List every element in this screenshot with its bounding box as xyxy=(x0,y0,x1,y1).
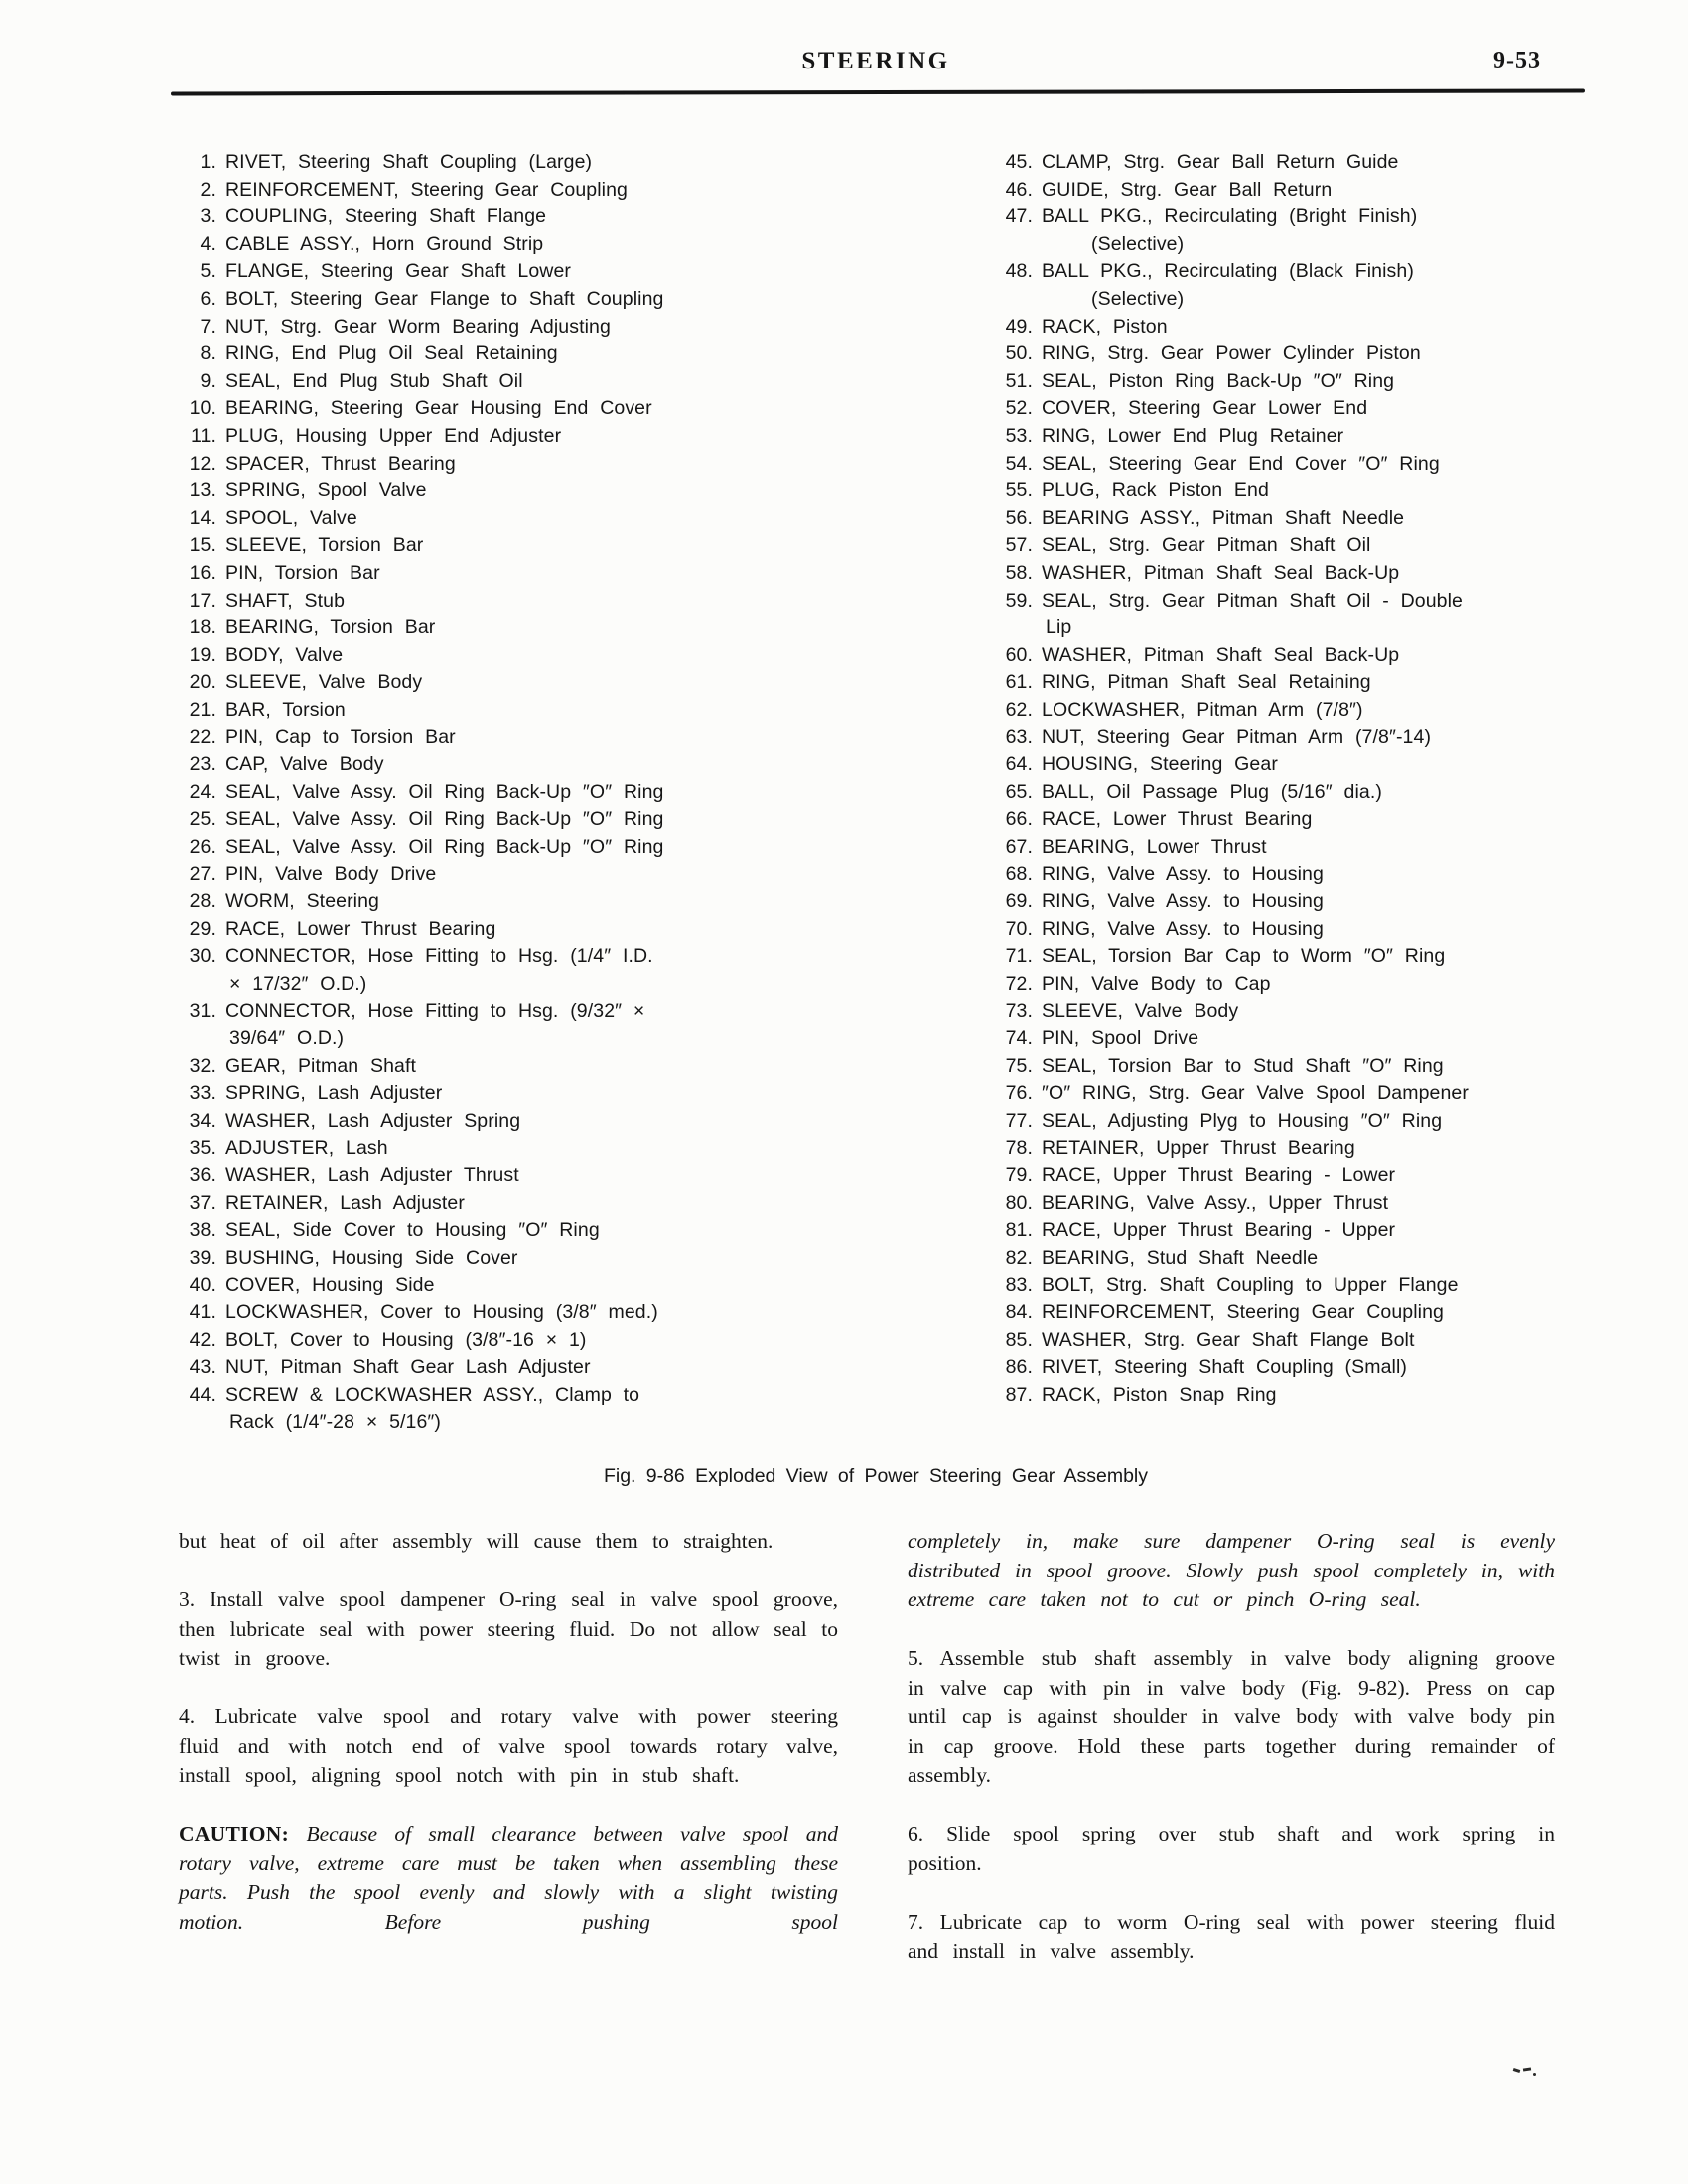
part-line: SEAL, Valve Assy. Oil Ring Back-Up ″O″ R… xyxy=(225,806,872,834)
parts-list-item: 41.LOCKWASHER, Cover to Housing (3/8″ me… xyxy=(177,1299,872,1327)
part-description: RETAINER, Upper Thrust Bearing xyxy=(1042,1135,1628,1162)
part-description: SEAL, Steering Gear End Cover ″O″ Ring xyxy=(1042,451,1628,478)
parts-list-item: 62.LOCKWASHER, Pitman Arm (7/8″) xyxy=(993,697,1628,725)
part-line: NUT, Pitman Shaft Gear Lash Adjuster xyxy=(225,1354,872,1382)
parts-list-item: 17.SHAFT, Stub xyxy=(177,588,872,615)
part-description: RACK, Piston xyxy=(1042,314,1628,341)
parts-list-item: 49.RACK, Piston xyxy=(993,314,1628,341)
parts-list-item: 67.BEARING, Lower Thrust xyxy=(993,834,1628,862)
part-description: PLUG, Rack Piston End xyxy=(1042,478,1628,505)
part-number: 58. xyxy=(993,560,1042,588)
part-description: BEARING, Steering Gear Housing End Cover xyxy=(225,395,872,423)
part-line: WASHER, Pitman Shaft Seal Back-Up xyxy=(1042,560,1628,588)
part-number: 74. xyxy=(993,1025,1042,1053)
part-description: RIVET, Steering Shaft Coupling (Small) xyxy=(1042,1354,1628,1382)
part-line: (Selective) xyxy=(1042,231,1628,259)
part-number: 55. xyxy=(993,478,1042,505)
part-line: WASHER, Strg. Gear Shaft Flange Bolt xyxy=(1042,1327,1628,1355)
part-description: RIVET, Steering Shaft Coupling (Large) xyxy=(225,149,872,177)
part-line: SPACER, Thrust Bearing xyxy=(225,451,872,478)
part-number: 66. xyxy=(993,806,1042,834)
part-line: RING, Valve Assy. to Housing xyxy=(1042,861,1628,888)
parts-list-item: 10.BEARING, Steering Gear Housing End Co… xyxy=(177,395,872,423)
part-number: 54. xyxy=(993,451,1042,478)
part-description: SHAFT, Stub xyxy=(225,588,872,615)
part-line: SEAL, Adjusting Plyg to Housing ″O″ Ring xyxy=(1042,1108,1628,1136)
part-line: Lip xyxy=(1042,614,1628,642)
part-number: 34. xyxy=(177,1108,225,1136)
part-line: BOLT, Steering Gear Flange to Shaft Coup… xyxy=(225,286,872,314)
part-description: RING, Valve Assy. to Housing xyxy=(1042,888,1628,916)
part-description: SEAL, Piston Ring Back-Up ″O″ Ring xyxy=(1042,368,1628,396)
part-number: 43. xyxy=(177,1354,225,1382)
part-description: SEAL, Valve Assy. Oil Ring Back-Up ″O″ R… xyxy=(225,779,872,807)
part-number: 50. xyxy=(993,341,1042,368)
part-description: CAP, Valve Body xyxy=(225,751,872,779)
part-number: 22. xyxy=(177,724,225,751)
parts-list-item: 22.PIN, Cap to Torsion Bar xyxy=(177,724,872,751)
part-description: GEAR, Pitman Shaft xyxy=(225,1053,872,1081)
part-line: SEAL, Torsion Bar to Stud Shaft ″O″ Ring xyxy=(1042,1053,1628,1081)
paragraph: CAUTION: Because of small clearance betw… xyxy=(179,1820,838,1937)
parts-list-item: 55.PLUG, Rack Piston End xyxy=(993,478,1628,505)
parts-list-item: 32.GEAR, Pitman Shaft xyxy=(177,1053,872,1081)
parts-list-item: 86.RIVET, Steering Shaft Coupling (Small… xyxy=(993,1354,1628,1382)
part-description: FLANGE, Steering Gear Shaft Lower xyxy=(225,258,872,286)
part-line: CONNECTOR, Hose Fitting to Hsg. (1/4″ I.… xyxy=(225,943,872,971)
part-line: CABLE ASSY., Horn Ground Strip xyxy=(225,231,872,259)
part-line: PLUG, Housing Upper End Adjuster xyxy=(225,423,872,451)
part-number: 39. xyxy=(177,1245,225,1273)
parts-list-item: 73.SLEEVE, Valve Body xyxy=(993,998,1628,1025)
part-line: RING, Lower End Plug Retainer xyxy=(1042,423,1628,451)
paragraph: 3. Install valve spool dampener O-ring s… xyxy=(179,1585,838,1674)
part-description: LOCKWASHER, Pitman Arm (7/8″) xyxy=(1042,697,1628,725)
part-description: WASHER, Strg. Gear Shaft Flange Bolt xyxy=(1042,1327,1628,1355)
part-line: RETAINER, Lash Adjuster xyxy=(225,1190,872,1218)
part-line: SEAL, End Plug Stub Shaft Oil xyxy=(225,368,872,396)
parts-list-item: 61.RING, Pitman Shaft Seal Retaining xyxy=(993,669,1628,697)
part-description: RING, Valve Assy. to Housing xyxy=(1042,861,1628,888)
part-line: BEARING, Steering Gear Housing End Cover xyxy=(225,395,872,423)
part-number: 14. xyxy=(177,505,225,533)
part-number: 8. xyxy=(177,341,225,368)
part-line: RING, Strg. Gear Power Cylinder Piston xyxy=(1042,341,1628,368)
part-line: (Selective) xyxy=(1042,286,1628,314)
part-description: REINFORCEMENT, Steering Gear Coupling xyxy=(225,177,872,205)
part-line: HOUSING, Steering Gear xyxy=(1042,751,1628,779)
parts-list-item: 18.BEARING, Torsion Bar xyxy=(177,614,872,642)
part-number: 6. xyxy=(177,286,225,314)
part-line: ADJUSTER, Lash xyxy=(225,1135,872,1162)
part-line: SPOOL, Valve xyxy=(225,505,872,533)
part-description: RING, Lower End Plug Retainer xyxy=(1042,423,1628,451)
part-number: 26. xyxy=(177,834,225,862)
part-number: 67. xyxy=(993,834,1042,862)
header-rule xyxy=(171,89,1585,96)
part-line: BALL, Oil Passage Plug (5/16″ dia.) xyxy=(1042,779,1628,807)
part-number: 45. xyxy=(993,149,1042,177)
part-description: WASHER, Pitman Shaft Seal Back-Up xyxy=(1042,560,1628,588)
part-number: 71. xyxy=(993,943,1042,971)
part-number: 59. xyxy=(993,588,1042,642)
parts-list-item: 35.ADJUSTER, Lash xyxy=(177,1135,872,1162)
part-number: 48. xyxy=(993,258,1042,313)
part-line: PIN, Spool Drive xyxy=(1042,1025,1628,1053)
part-description: WASHER, Pitman Shaft Seal Back-Up xyxy=(1042,642,1628,670)
paragraph-text: 7. Lubricate cap to worm O-ring seal wit… xyxy=(908,1910,1555,1964)
part-number: 13. xyxy=(177,478,225,505)
part-description: ADJUSTER, Lash xyxy=(225,1135,872,1162)
section-title: STEERING xyxy=(181,48,1571,75)
part-number: 83. xyxy=(993,1272,1042,1299)
part-line: RING, Valve Assy. to Housing xyxy=(1042,916,1628,944)
part-description: SEAL, Adjusting Plyg to Housing ″O″ Ring xyxy=(1042,1108,1628,1136)
part-number: 42. xyxy=(177,1327,225,1355)
part-description: WASHER, Lash Adjuster Spring xyxy=(225,1108,872,1136)
parts-list-item: 84.REINFORCEMENT, Steering Gear Coupling xyxy=(993,1299,1628,1327)
parts-list-item: 25.SEAL, Valve Assy. Oil Ring Back-Up ″O… xyxy=(177,806,872,834)
part-description: RING, End Plug Oil Seal Retaining xyxy=(225,341,872,368)
part-line: BEARING, Stud Shaft Needle xyxy=(1042,1245,1628,1273)
parts-list-item: 3.COUPLING, Steering Shaft Flange xyxy=(177,204,872,231)
part-description: PIN, Spool Drive xyxy=(1042,1025,1628,1053)
part-line: SEAL, Steering Gear End Cover ″O″ Ring xyxy=(1042,451,1628,478)
parts-list-item: 56.BEARING ASSY., Pitman Shaft Needle xyxy=(993,505,1628,533)
part-description: COUPLING, Steering Shaft Flange xyxy=(225,204,872,231)
part-number: 85. xyxy=(993,1327,1042,1355)
part-line: LOCKWASHER, Pitman Arm (7/8″) xyxy=(1042,697,1628,725)
parts-list-item: 68.RING, Valve Assy. to Housing xyxy=(993,861,1628,888)
parts-list-item: 76.″O″ RING, Strg. Gear Valve Spool Damp… xyxy=(993,1080,1628,1108)
part-line: BEARING, Torsion Bar xyxy=(225,614,872,642)
parts-list-item: 28.WORM, Steering xyxy=(177,888,872,916)
part-description: BEARING, Lower Thrust xyxy=(1042,834,1628,862)
part-description: BALL, Oil Passage Plug (5/16″ dia.) xyxy=(1042,779,1628,807)
part-line: RACE, Upper Thrust Bearing - Upper xyxy=(1042,1217,1628,1245)
part-description: SPOOL, Valve xyxy=(225,505,872,533)
part-number: 63. xyxy=(993,724,1042,751)
part-line: SPRING, Lash Adjuster xyxy=(225,1080,872,1108)
page-number: 9-53 xyxy=(1493,48,1541,74)
paragraph-text: 4. Lubricate valve spool and rotary valv… xyxy=(179,1705,838,1787)
parts-list-item: 50.RING, Strg. Gear Power Cylinder Pisto… xyxy=(993,341,1628,368)
parts-list-item: 20.SLEEVE, Valve Body xyxy=(177,669,872,697)
caution-label: CAUTION: xyxy=(179,1822,289,1845)
part-number: 61. xyxy=(993,669,1042,697)
part-number: 62. xyxy=(993,697,1042,725)
parts-list-item: 48.BALL PKG., Recirculating (Black Finis… xyxy=(993,258,1628,313)
parts-list-item: 75.SEAL, Torsion Bar to Stud Shaft ″O″ R… xyxy=(993,1053,1628,1081)
part-number: 77. xyxy=(993,1108,1042,1136)
part-number: 5. xyxy=(177,258,225,286)
paragraph-text: 5. Assemble stub shaft assembly in valve… xyxy=(908,1646,1555,1787)
parts-list-item: 34.WASHER, Lash Adjuster Spring xyxy=(177,1108,872,1136)
parts-list-item: 53.RING, Lower End Plug Retainer xyxy=(993,423,1628,451)
part-description: NUT, Strg. Gear Worm Bearing Adjusting xyxy=(225,314,872,341)
part-line: FLANGE, Steering Gear Shaft Lower xyxy=(225,258,872,286)
part-description: BUSHING, Housing Side Cover xyxy=(225,1245,872,1273)
part-line: SEAL, Piston Ring Back-Up ″O″ Ring xyxy=(1042,368,1628,396)
part-line: REINFORCEMENT, Steering Gear Coupling xyxy=(225,177,872,205)
part-description: SLEEVE, Valve Body xyxy=(225,669,872,697)
part-line: RING, End Plug Oil Seal Retaining xyxy=(225,341,872,368)
parts-list-item: 71.SEAL, Torsion Bar Cap to Worm ″O″ Rin… xyxy=(993,943,1628,971)
part-line: SCREW & LOCKWASHER ASSY., Clamp to xyxy=(225,1382,872,1410)
parts-list-item: 26.SEAL, Valve Assy. Oil Ring Back-Up ″O… xyxy=(177,834,872,862)
part-description: RACE, Lower Thrust Bearing xyxy=(225,916,872,944)
parts-list-item: 6.BOLT, Steering Gear Flange to Shaft Co… xyxy=(177,286,872,314)
part-number: 20. xyxy=(177,669,225,697)
parts-list-item: 4.CABLE ASSY., Horn Ground Strip xyxy=(177,231,872,259)
part-description: WASHER, Lash Adjuster Thrust xyxy=(225,1162,872,1190)
part-number: 23. xyxy=(177,751,225,779)
part-description: SEAL, Torsion Bar to Stud Shaft ″O″ Ring xyxy=(1042,1053,1628,1081)
parts-list-item: 79.RACE, Upper Thrust Bearing - Lower xyxy=(993,1162,1628,1190)
parts-list-item: 44.SCREW & LOCKWASHER ASSY., Clamp toRac… xyxy=(177,1382,872,1436)
part-line: RACK, Piston xyxy=(1042,314,1628,341)
parts-list-item: 11.PLUG, Housing Upper End Adjuster xyxy=(177,423,872,451)
parts-list-item: 5.FLANGE, Steering Gear Shaft Lower xyxy=(177,258,872,286)
part-line: LOCKWASHER, Cover to Housing (3/8″ med.) xyxy=(225,1299,872,1327)
parts-list-item: 43.NUT, Pitman Shaft Gear Lash Adjuster xyxy=(177,1354,872,1382)
part-description: SEAL, Strg. Gear Pitman Shaft Oil xyxy=(1042,532,1628,560)
parts-list-item: 39.BUSHING, Housing Side Cover xyxy=(177,1245,872,1273)
paragraph: completely in, make sure dampener O-ring… xyxy=(908,1527,1555,1615)
parts-list-item: 80.BEARING, Valve Assy., Upper Thrust xyxy=(993,1190,1628,1218)
part-number: 25. xyxy=(177,806,225,834)
parts-list-item: 27.PIN, Valve Body Drive xyxy=(177,861,872,888)
part-line: SHAFT, Stub xyxy=(225,588,872,615)
part-line: RIVET, Steering Shaft Coupling (Large) xyxy=(225,149,872,177)
parts-list-item: 46.GUIDE, Strg. Gear Ball Return xyxy=(993,177,1628,205)
part-line: PIN, Torsion Bar xyxy=(225,560,872,588)
part-description: RETAINER, Lash Adjuster xyxy=(225,1190,872,1218)
part-line: SEAL, Strg. Gear Pitman Shaft Oil - Doub… xyxy=(1042,588,1628,615)
part-number: 78. xyxy=(993,1135,1042,1162)
part-line: BODY, Valve xyxy=(225,642,872,670)
parts-list-item: 65.BALL, Oil Passage Plug (5/16″ dia.) xyxy=(993,779,1628,807)
part-line: NUT, Strg. Gear Worm Bearing Adjusting xyxy=(225,314,872,341)
part-number: 10. xyxy=(177,395,225,423)
parts-list-item: 60.WASHER, Pitman Shaft Seal Back-Up xyxy=(993,642,1628,670)
body-text-left-column: but heat of oil after assembly will caus… xyxy=(179,1527,838,1967)
part-description: ″O″ RING, Strg. Gear Valve Spool Dampene… xyxy=(1042,1080,1628,1108)
part-number: 18. xyxy=(177,614,225,642)
part-line: CAP, Valve Body xyxy=(225,751,872,779)
part-description: BEARING, Valve Assy., Upper Thrust xyxy=(1042,1190,1628,1218)
part-description: BOLT, Cover to Housing (3/8″-16 × 1) xyxy=(225,1327,872,1355)
part-description: SEAL, Valve Assy. Oil Ring Back-Up ″O″ R… xyxy=(225,806,872,834)
part-description: REINFORCEMENT, Steering Gear Coupling xyxy=(1042,1299,1628,1327)
part-number: 21. xyxy=(177,697,225,725)
part-line: RING, Valve Assy. to Housing xyxy=(1042,888,1628,916)
parts-list-item: 74.PIN, Spool Drive xyxy=(993,1025,1628,1053)
ink-speck xyxy=(1511,2065,1539,2081)
part-description: BODY, Valve xyxy=(225,642,872,670)
part-line: SEAL, Strg. Gear Pitman Shaft Oil xyxy=(1042,532,1628,560)
part-line: ″O″ RING, Strg. Gear Valve Spool Dampene… xyxy=(1042,1080,1628,1108)
parts-list-item: 78.RETAINER, Upper Thrust Bearing xyxy=(993,1135,1628,1162)
part-line: SEAL, Torsion Bar Cap to Worm ″O″ Ring xyxy=(1042,943,1628,971)
part-number: 82. xyxy=(993,1245,1042,1273)
parts-list-item: 54.SEAL, Steering Gear End Cover ″O″ Rin… xyxy=(993,451,1628,478)
part-description: LOCKWASHER, Cover to Housing (3/8″ med.) xyxy=(225,1299,872,1327)
parts-list-item: 77.SEAL, Adjusting Plyg to Housing ″O″ R… xyxy=(993,1108,1628,1136)
part-number: 72. xyxy=(993,971,1042,999)
parts-list-item: 1.RIVET, Steering Shaft Coupling (Large) xyxy=(177,149,872,177)
part-description: BOLT, Steering Gear Flange to Shaft Coup… xyxy=(225,286,872,314)
parts-list-item: 16.PIN, Torsion Bar xyxy=(177,560,872,588)
part-description: RACE, Upper Thrust Bearing - Lower xyxy=(1042,1162,1628,1190)
part-line: SLEEVE, Torsion Bar xyxy=(225,532,872,560)
part-number: 38. xyxy=(177,1217,225,1245)
part-number: 84. xyxy=(993,1299,1042,1327)
part-description: SEAL, Valve Assy. Oil Ring Back-Up ″O″ R… xyxy=(225,834,872,862)
parts-list-item: 63.NUT, Steering Gear Pitman Arm (7/8″-1… xyxy=(993,724,1628,751)
part-line: GUIDE, Strg. Gear Ball Return xyxy=(1042,177,1628,205)
part-description: PIN, Valve Body to Cap xyxy=(1042,971,1628,999)
part-description: GUIDE, Strg. Gear Ball Return xyxy=(1042,177,1628,205)
part-number: 86. xyxy=(993,1354,1042,1382)
part-line: GEAR, Pitman Shaft xyxy=(225,1053,872,1081)
part-description: BAR, Torsion xyxy=(225,697,872,725)
part-number: 41. xyxy=(177,1299,225,1327)
part-number: 32. xyxy=(177,1053,225,1081)
part-line: COUPLING, Steering Shaft Flange xyxy=(225,204,872,231)
parts-list-item: 12.SPACER, Thrust Bearing xyxy=(177,451,872,478)
paragraph: 6. Slide spool spring over stub shaft an… xyxy=(908,1820,1555,1878)
part-line: BEARING, Valve Assy., Upper Thrust xyxy=(1042,1190,1628,1218)
part-number: 68. xyxy=(993,861,1042,888)
part-number: 81. xyxy=(993,1217,1042,1245)
parts-list-item: 24.SEAL, Valve Assy. Oil Ring Back-Up ″O… xyxy=(177,779,872,807)
part-description: SPACER, Thrust Bearing xyxy=(225,451,872,478)
paragraph: 4. Lubricate valve spool and rotary valv… xyxy=(179,1703,838,1791)
parts-list-item: 70.RING, Valve Assy. to Housing xyxy=(993,916,1628,944)
part-number: 2. xyxy=(177,177,225,205)
paragraph: 7. Lubricate cap to worm O-ring seal wit… xyxy=(908,1908,1555,1967)
parts-list-item: 42.BOLT, Cover to Housing (3/8″-16 × 1) xyxy=(177,1327,872,1355)
part-description: SPRING, Lash Adjuster xyxy=(225,1080,872,1108)
part-line: RACK, Piston Snap Ring xyxy=(1042,1382,1628,1410)
part-description: COVER, Housing Side xyxy=(225,1272,872,1299)
part-number: 76. xyxy=(993,1080,1042,1108)
part-line: SLEEVE, Valve Body xyxy=(225,669,872,697)
parts-list-item: 66.RACE, Lower Thrust Bearing xyxy=(993,806,1628,834)
part-line: SLEEVE, Valve Body xyxy=(1042,998,1628,1025)
part-number: 44. xyxy=(177,1382,225,1436)
part-line: BEARING, Lower Thrust xyxy=(1042,834,1628,862)
parts-list-item: 36.WASHER, Lash Adjuster Thrust xyxy=(177,1162,872,1190)
paragraph: 5. Assemble stub shaft assembly in valve… xyxy=(908,1644,1555,1791)
part-line: CONNECTOR, Hose Fitting to Hsg. (9/32″ × xyxy=(225,998,872,1025)
part-line: BEARING ASSY., Pitman Shaft Needle xyxy=(1042,505,1628,533)
part-line: SEAL, Valve Assy. Oil Ring Back-Up ″O″ R… xyxy=(225,779,872,807)
part-number: 37. xyxy=(177,1190,225,1218)
part-description: BALL PKG., Recirculating (Black Finish)(… xyxy=(1042,258,1628,313)
parts-list-item: 69.RING, Valve Assy. to Housing xyxy=(993,888,1628,916)
part-line: RING, Pitman Shaft Seal Retaining xyxy=(1042,669,1628,697)
parts-list-item: 45.CLAMP, Strg. Gear Ball Return Guide xyxy=(993,149,1628,177)
parts-list-item: 38.SEAL, Side Cover to Housing ″O″ Ring xyxy=(177,1217,872,1245)
parts-list-left-column: 1.RIVET, Steering Shaft Coupling (Large)… xyxy=(177,149,872,1436)
part-number: 31. xyxy=(177,998,225,1052)
part-description: RING, Valve Assy. to Housing xyxy=(1042,916,1628,944)
part-number: 27. xyxy=(177,861,225,888)
part-number: 64. xyxy=(993,751,1042,779)
parts-list-item: 9.SEAL, End Plug Stub Shaft Oil xyxy=(177,368,872,396)
part-number: 4. xyxy=(177,231,225,259)
part-description: BEARING, Stud Shaft Needle xyxy=(1042,1245,1628,1273)
part-line: SEAL, Side Cover to Housing ″O″ Ring xyxy=(225,1217,872,1245)
part-description: BEARING ASSY., Pitman Shaft Needle xyxy=(1042,505,1628,533)
part-description: PIN, Cap to Torsion Bar xyxy=(225,724,872,751)
part-line: 39/64″ O.D.) xyxy=(225,1025,872,1053)
part-number: 65. xyxy=(993,779,1042,807)
parts-list-item: 2.REINFORCEMENT, Steering Gear Coupling xyxy=(177,177,872,205)
part-line: WORM, Steering xyxy=(225,888,872,916)
parts-list-item: 31.CONNECTOR, Hose Fitting to Hsg. (9/32… xyxy=(177,998,872,1052)
part-line: WASHER, Lash Adjuster Spring xyxy=(225,1108,872,1136)
part-line: WASHER, Pitman Shaft Seal Back-Up xyxy=(1042,642,1628,670)
part-number: 24. xyxy=(177,779,225,807)
parts-list-item: 40.COVER, Housing Side xyxy=(177,1272,872,1299)
part-line: BOLT, Strg. Shaft Coupling to Upper Flan… xyxy=(1042,1272,1628,1299)
parts-list-item: 85.WASHER, Strg. Gear Shaft Flange Bolt xyxy=(993,1327,1628,1355)
part-number: 70. xyxy=(993,916,1042,944)
part-line: PIN, Cap to Torsion Bar xyxy=(225,724,872,751)
part-line: RACE, Upper Thrust Bearing - Lower xyxy=(1042,1162,1628,1190)
body-text-right-column: completely in, make sure dampener O-ring… xyxy=(908,1527,1555,1995)
part-description: COVER, Steering Gear Lower End xyxy=(1042,395,1628,423)
parts-list-item: 29.RACE, Lower Thrust Bearing xyxy=(177,916,872,944)
parts-list-item: 57.SEAL, Strg. Gear Pitman Shaft Oil xyxy=(993,532,1628,560)
parts-list-item: 87.RACK, Piston Snap Ring xyxy=(993,1382,1628,1410)
part-description: RACE, Lower Thrust Bearing xyxy=(1042,806,1628,834)
parts-list-item: 47.BALL PKG., Recirculating (Bright Fini… xyxy=(993,204,1628,258)
manual-page: STEERING 9-53 1.RIVET, Steering Shaft Co… xyxy=(0,0,1688,2184)
part-description: RACK, Piston Snap Ring xyxy=(1042,1382,1628,1410)
parts-list-item: 7.NUT, Strg. Gear Worm Bearing Adjusting xyxy=(177,314,872,341)
part-description: SLEEVE, Valve Body xyxy=(1042,998,1628,1025)
part-description: PLUG, Housing Upper End Adjuster xyxy=(225,423,872,451)
parts-list-item: 23.CAP, Valve Body xyxy=(177,751,872,779)
part-description: SEAL, End Plug Stub Shaft Oil xyxy=(225,368,872,396)
part-description: RING, Pitman Shaft Seal Retaining xyxy=(1042,669,1628,697)
parts-list-item: 13.SPRING, Spool Valve xyxy=(177,478,872,505)
part-line: SEAL, Valve Assy. Oil Ring Back-Up ″O″ R… xyxy=(225,834,872,862)
paragraph-text: but heat of oil after assembly will caus… xyxy=(179,1529,773,1553)
part-line: WASHER, Lash Adjuster Thrust xyxy=(225,1162,872,1190)
part-number: 47. xyxy=(993,204,1042,258)
parts-list-right-column: 45.CLAMP, Strg. Gear Ball Return Guide46… xyxy=(993,149,1628,1409)
part-description: CLAMP, Strg. Gear Ball Return Guide xyxy=(1042,149,1628,177)
part-line: SPRING, Spool Valve xyxy=(225,478,872,505)
parts-list-item: 51.SEAL, Piston Ring Back-Up ″O″ Ring xyxy=(993,368,1628,396)
part-description: BALL PKG., Recirculating (Bright Finish)… xyxy=(1042,204,1628,258)
part-line: RETAINER, Upper Thrust Bearing xyxy=(1042,1135,1628,1162)
part-number: 40. xyxy=(177,1272,225,1299)
part-description: CONNECTOR, Hose Fitting to Hsg. (9/32″ ×… xyxy=(225,998,872,1052)
part-number: 87. xyxy=(993,1382,1042,1410)
part-line: Rack (1/4″-28 × 5/16″) xyxy=(225,1409,872,1436)
part-line: COVER, Steering Gear Lower End xyxy=(1042,395,1628,423)
part-line: CLAMP, Strg. Gear Ball Return Guide xyxy=(1042,149,1628,177)
part-number: 30. xyxy=(177,943,225,998)
figure-caption: Fig. 9-86 Exploded View of Power Steerin… xyxy=(181,1463,1571,1491)
part-number: 57. xyxy=(993,532,1042,560)
